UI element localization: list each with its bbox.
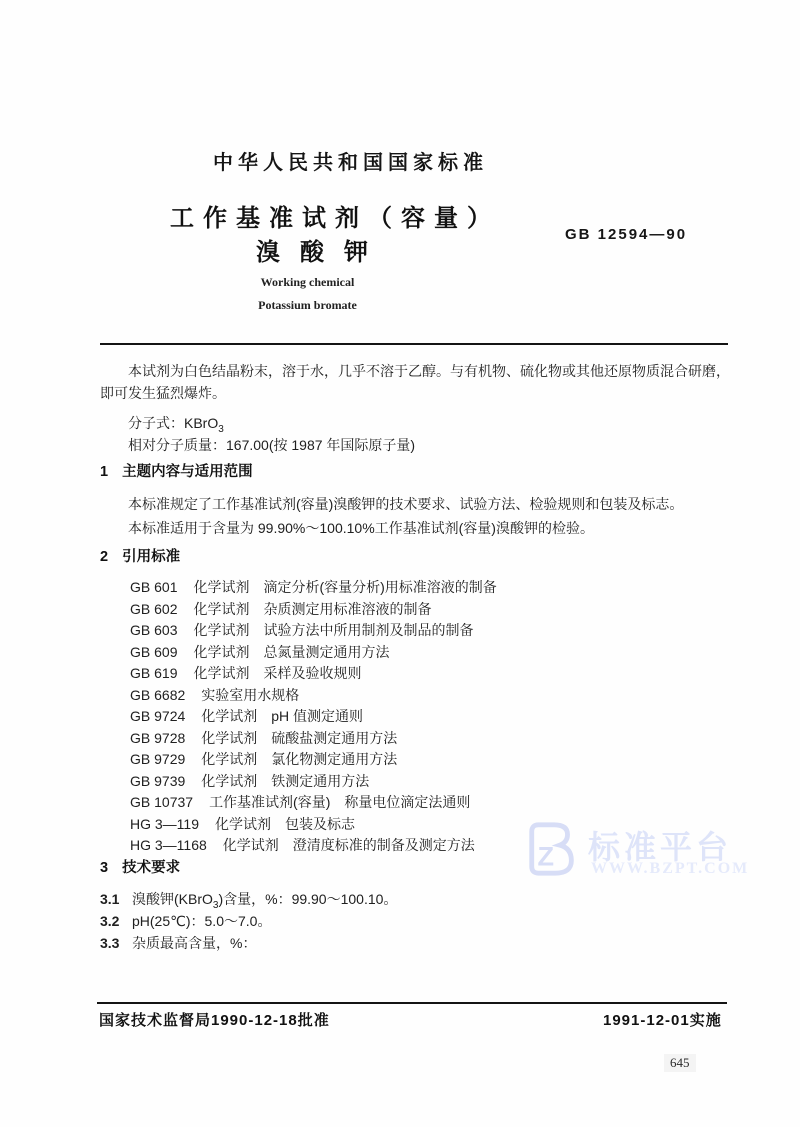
national-standard-header: 中华人民共和国国家标准	[213, 146, 488, 175]
standard-item-code: GB 9724	[130, 708, 185, 724]
section-1-heading: 1主题内容与适用范围	[100, 460, 253, 481]
standard-item-code: GB 619	[130, 665, 177, 681]
standard-item-name: 工作基准试剂(容量) 称量电位滴定法通则	[209, 794, 470, 810]
section-2-number: 2	[100, 549, 108, 565]
standard-code: GB 12594—90	[565, 226, 687, 243]
section-2-heading: 2引用标准	[100, 545, 180, 566]
english-title-line2: Potassium bromate	[230, 298, 385, 313]
standard-item-code: GB 601	[130, 579, 177, 595]
standard-item: GB 609化学试剂 总氮量测定通用方法	[130, 642, 497, 664]
standard-item-name: 化学试剂 试验方法中所用制剂及制品的制备	[193, 622, 473, 638]
requirement-text: )含量，%：99.90～100.10。	[218, 891, 397, 907]
standard-item: GB 6682实验室用水规格	[130, 685, 497, 707]
header-divider-rule	[100, 343, 728, 345]
standard-item-code: GB 9728	[130, 730, 185, 746]
standard-item-code: GB 609	[130, 644, 177, 660]
standard-item-name: 实验室用水规格	[201, 687, 299, 703]
standard-item-code: GB 10737	[130, 794, 193, 810]
standard-item-name: 化学试剂 采样及验收规则	[193, 665, 361, 681]
watermark-site-url: WWW.BZPT.COM	[591, 860, 749, 878]
standard-item-name: 化学试剂 硫酸盐测定通用方法	[201, 730, 397, 746]
molar-mass-line: 相对分子质量：167.00(按 1987 年国际原子量)	[128, 434, 415, 456]
footer-approval: 国家技术监督局1990-12-18批准	[99, 1009, 330, 1030]
section-2-title: 引用标准	[122, 549, 180, 565]
standard-item: HG 3—119化学试剂 包装及标志	[130, 814, 497, 836]
requirement-item-3-3: 3.3杂质最高含量，%：	[100, 933, 256, 953]
standard-item-name: 化学试剂 铁测定通用方法	[201, 773, 369, 789]
requirement-item-3-2: 3.2pH(25℃)：5.0～7.0。	[100, 911, 271, 931]
english-title-line1: Working chemical	[230, 275, 385, 290]
section-3-title: 技术要求	[122, 860, 180, 876]
requirement-number: 3.3	[100, 935, 132, 951]
standard-item-code: GB 6682	[130, 687, 185, 703]
standard-item: GB 601化学试剂 滴定分析(容量分析)用标准溶液的制备	[130, 577, 497, 599]
bzpt-logo-icon: Z	[524, 820, 582, 878]
standard-item-name: 化学试剂 杂质测定用标准溶液的制备	[193, 601, 431, 617]
section-1-paragraph-2: 本标准适用于含量为 99.90%～100.10%工作基准试剂(容量)溴酸钾的检验…	[128, 517, 594, 539]
standard-item-code: GB 9739	[130, 773, 185, 789]
section-1-title: 主题内容与适用范围	[122, 464, 253, 480]
standard-item-name: 化学试剂 包装及标志	[215, 816, 355, 832]
requirement-text: 溴酸钾(KBrO	[132, 891, 213, 907]
standard-item: GB 9724化学试剂 pH 值测定通则	[130, 706, 497, 728]
standard-item-code: GB 603	[130, 622, 177, 638]
document-page: 中华人民共和国国家标准 工作基准试剂（容量） 溴酸钾 GB 12594—90 W…	[0, 0, 800, 1127]
section-1-paragraph-1: 本标准规定了工作基准试剂(容量)溴酸钾的技术要求、试验方法、检验规则和包装及标志…	[128, 493, 683, 515]
standard-item-name: 化学试剂 氯化物测定通用方法	[201, 751, 397, 767]
requirement-text: pH(25℃)：5.0～7.0。	[132, 913, 271, 929]
standard-item: GB 603化学试剂 试验方法中所用制剂及制品的制备	[130, 620, 497, 642]
referenced-standards-list: GB 601化学试剂 滴定分析(容量分析)用标准溶液的制备 GB 602化学试剂…	[130, 577, 497, 857]
footer-implementation: 1991-12-01实施	[603, 1009, 722, 1030]
document-title-line2: 溴酸钾	[256, 232, 388, 267]
molecular-formula-text: 分子式：KBrO	[128, 415, 218, 431]
footer-divider-rule	[97, 1002, 727, 1004]
requirement-number: 3.1	[100, 891, 132, 907]
standard-item-name: 化学试剂 澄清度标准的制备及测定方法	[223, 837, 475, 853]
svg-text:Z: Z	[538, 841, 555, 871]
section-1-number: 1	[100, 464, 108, 480]
watermark-site-name: 标准平台	[588, 822, 732, 868]
standard-item: GB 9728化学试剂 硫酸盐测定通用方法	[130, 728, 497, 750]
requirement-number: 3.2	[100, 913, 132, 929]
standard-item-code: GB 602	[130, 601, 177, 617]
standard-item-name: 化学试剂 pH 值测定通则	[201, 708, 363, 724]
standard-item-code: HG 3—119	[130, 816, 199, 832]
requirement-text: 杂质最高含量，%：	[132, 935, 256, 951]
standard-item: GB 602化学试剂 杂质测定用标准溶液的制备	[130, 599, 497, 621]
requirement-item-3-1: 3.1溴酸钾(KBrO3)含量，%：99.90～100.10。	[100, 889, 397, 911]
standard-item: GB 10737工作基准试剂(容量) 称量电位滴定法通则	[130, 792, 497, 814]
standard-item-name: 化学试剂 总氮量测定通用方法	[193, 644, 389, 660]
watermark: Z 标准平台 WWW.BZPT.COM	[520, 816, 750, 886]
document-title-line1: 工作基准试剂（容量）	[170, 198, 500, 233]
standard-item: GB 9739化学试剂 铁测定通用方法	[130, 771, 497, 793]
standard-item: GB 619化学试剂 采样及验收规则	[130, 663, 497, 685]
standard-item-code: HG 3—1168	[130, 837, 207, 853]
section-3-heading: 3技术要求	[100, 856, 180, 877]
standard-item: GB 9729化学试剂 氯化物测定通用方法	[130, 749, 497, 771]
standard-item: HG 3—1168化学试剂 澄清度标准的制备及测定方法	[130, 835, 497, 857]
section-3-number: 3	[100, 860, 108, 876]
intro-paragraph: 本试剂为白色结晶粉末，溶于水，几乎不溶于乙醇。与有机物、硫化物或其他还原物质混合…	[100, 360, 730, 404]
page-number: 645	[664, 1054, 696, 1072]
standard-item-name: 化学试剂 滴定分析(容量分析)用标准溶液的制备	[193, 579, 496, 595]
standard-item-code: GB 9729	[130, 751, 185, 767]
